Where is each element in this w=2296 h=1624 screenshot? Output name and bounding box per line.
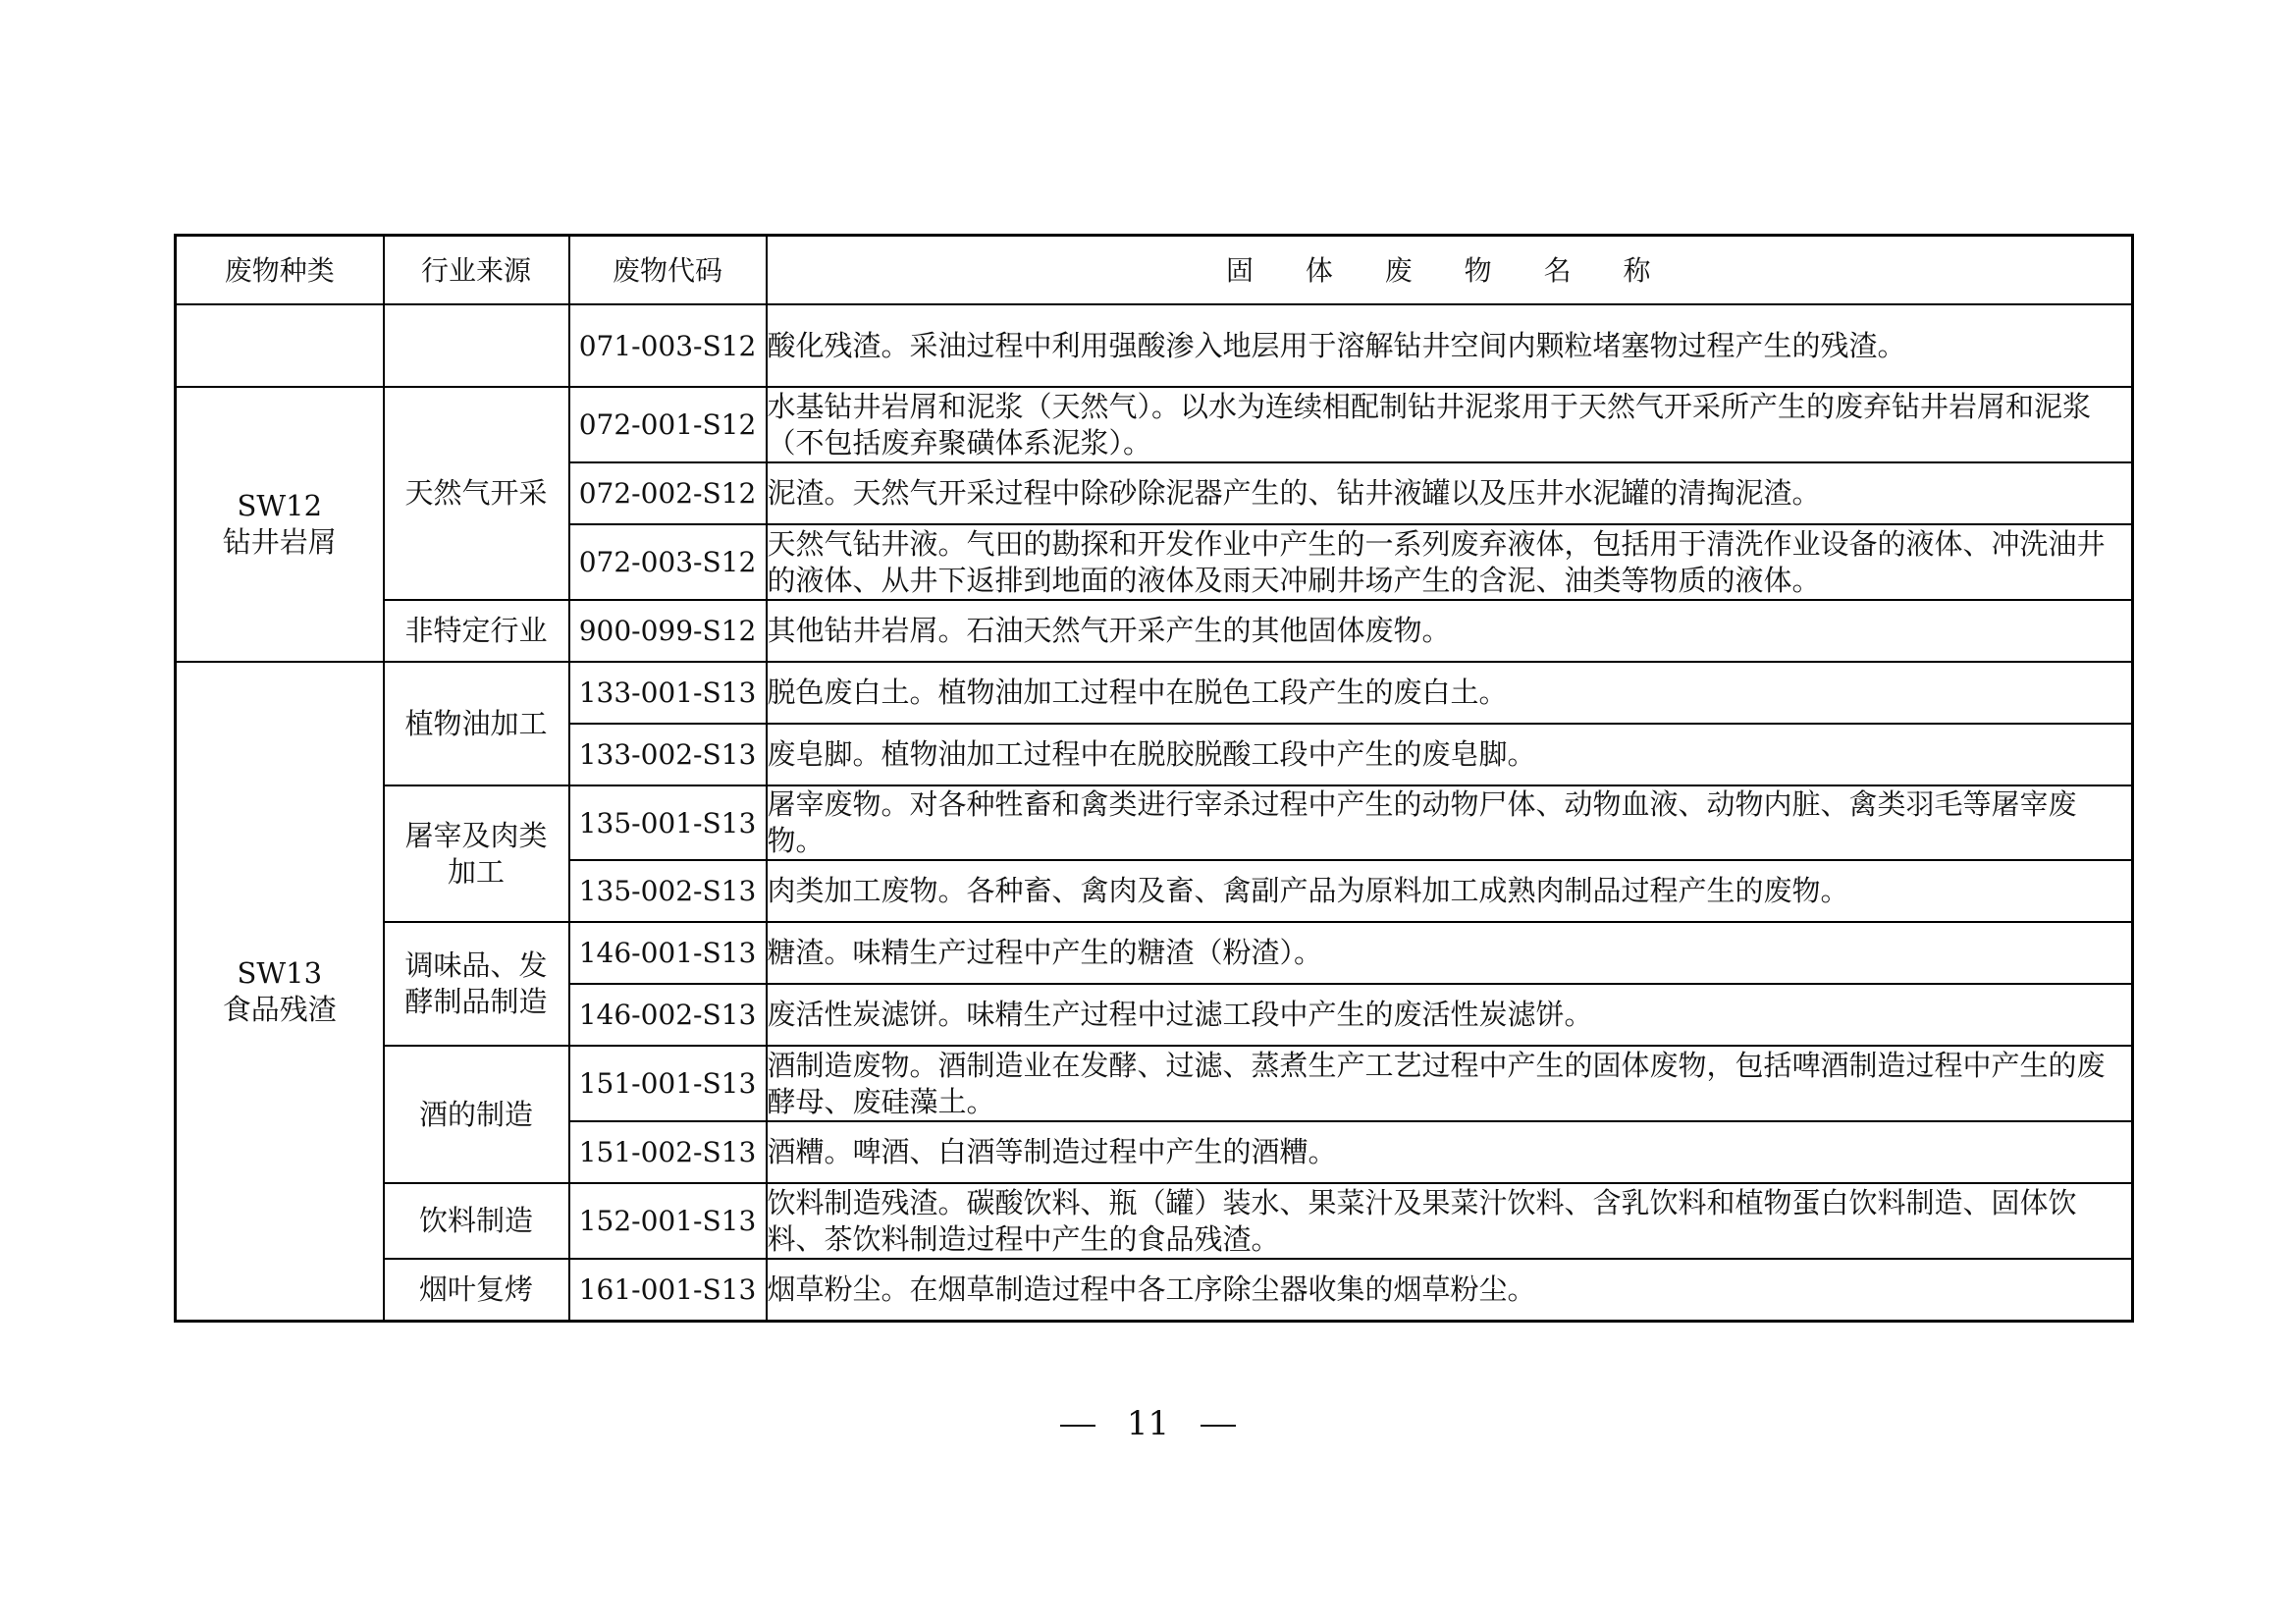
code-cell: 900-099-S12 <box>569 600 767 662</box>
dash-left <box>1060 1425 1095 1427</box>
industry-cell <box>384 304 569 387</box>
industry-cell: 调味品、发 酵制品制造 <box>384 922 569 1046</box>
code-cell: 146-001-S13 <box>569 922 767 984</box>
code-cell: 135-001-S13 <box>569 785 767 860</box>
category-name: 钻井岩屑 <box>177 524 383 561</box>
code-cell: 146-002-S13 <box>569 984 767 1046</box>
code-cell: 071-003-S12 <box>569 304 767 387</box>
description-cell: 烟草粉尘。在烟草制造过程中各工序除尘器收集的烟草粉尘。 <box>767 1259 2133 1322</box>
header-waste-category: 废物种类 <box>176 236 384 305</box>
description-cell: 脱色废白土。植物油加工过程中在脱色工段产生的废白土。 <box>767 662 2133 724</box>
code-cell: 072-001-S12 <box>569 387 767 462</box>
code-cell: 151-002-S13 <box>569 1121 767 1183</box>
category-cell-sw13: SW13 食品残渣 <box>176 662 384 1322</box>
header-waste-code: 废物代码 <box>569 236 767 305</box>
table-row: SW13 食品残渣 植物油加工 133-001-S13 脱色废白土。植物油加工过… <box>176 662 2133 724</box>
table-row: 调味品、发 酵制品制造 146-001-S13 糖渣。味精生产过程中产生的糖渣（… <box>176 922 2133 984</box>
table-header-row: 废物种类 行业来源 废物代码 固 体 废 物 名 称 <box>176 236 2133 305</box>
dash-right <box>1201 1425 1236 1427</box>
industry-line: 屠宰及肉类 <box>385 818 568 854</box>
description-cell: 酸化残渣。采油过程中利用强酸渗入地层用于溶解钻井空间内颗粒堵塞物过程产生的残渣。 <box>767 304 2133 387</box>
table-row: 071-003-S12 酸化残渣。采油过程中利用强酸渗入地层用于溶解钻井空间内颗… <box>176 304 2133 387</box>
industry-cell: 饮料制造 <box>384 1183 569 1259</box>
description-cell: 屠宰废物。对各种牲畜和禽类进行宰杀过程中产生的动物尸体、动物血液、动物内脏、禽类… <box>767 785 2133 860</box>
table-row: 烟叶复烤 161-001-S13 烟草粉尘。在烟草制造过程中各工序除尘器收集的烟… <box>176 1259 2133 1322</box>
code-cell: 133-002-S13 <box>569 724 767 785</box>
industry-cell: 烟叶复烤 <box>384 1259 569 1322</box>
category-cell-sw12: SW12 钻井岩屑 <box>176 387 384 662</box>
table-row: 酒的制造 151-001-S13 酒制造废物。酒制造业在发酵、过滤、蒸煮生产工艺… <box>176 1046 2133 1121</box>
table-row: SW12 钻井岩屑 天然气开采 072-001-S12 水基钻井岩屑和泥浆（天然… <box>176 387 2133 462</box>
description-cell: 水基钻井岩屑和泥浆（天然气）。以水为连续相配制钻井泥浆用于天然气开采所产生的废弃… <box>767 387 2133 462</box>
industry-cell: 酒的制造 <box>384 1046 569 1183</box>
industry-line: 加工 <box>385 854 568 891</box>
page-number: 11 <box>0 1404 2296 1443</box>
table-row: 饮料制造 152-001-S13 饮料制造残渣。碳酸饮料、瓶（罐）装水、果菜汁及… <box>176 1183 2133 1259</box>
header-industry-source: 行业来源 <box>384 236 569 305</box>
page-number-text: 11 <box>1127 1404 1169 1443</box>
industry-line: 调味品、发 <box>385 947 568 984</box>
code-cell: 152-001-S13 <box>569 1183 767 1259</box>
solid-waste-table: 废物种类 行业来源 废物代码 固 体 废 物 名 称 071-003-S12 酸… <box>174 234 2134 1323</box>
description-cell: 废活性炭滤饼。味精生产过程中过滤工段中产生的废活性炭滤饼。 <box>767 984 2133 1046</box>
code-cell: 133-001-S13 <box>569 662 767 724</box>
description-cell: 肉类加工废物。各种畜、禽肉及畜、禽副产品为原料加工成熟肉制品过程产生的废物。 <box>767 860 2133 922</box>
header-waste-name: 固 体 废 物 名 称 <box>767 236 2133 305</box>
code-cell: 072-002-S12 <box>569 462 767 524</box>
table-row: 非特定行业 900-099-S12 其他钻井岩屑。石油天然气开采产生的其他固体废… <box>176 600 2133 662</box>
description-cell: 废皂脚。植物油加工过程中在脱胶脱酸工段中产生的废皂脚。 <box>767 724 2133 785</box>
code-cell: 072-003-S12 <box>569 524 767 600</box>
description-cell: 饮料制造残渣。碳酸饮料、瓶（罐）装水、果菜汁及果菜汁饮料、含乳饮料和植物蛋白饮料… <box>767 1183 2133 1259</box>
description-cell: 糖渣。味精生产过程中产生的糖渣（粉渣）。 <box>767 922 2133 984</box>
description-cell: 酒制造废物。酒制造业在发酵、过滤、蒸煮生产工艺过程中产生的固体废物，包括啤酒制造… <box>767 1046 2133 1121</box>
code-cell: 161-001-S13 <box>569 1259 767 1322</box>
description-cell: 其他钻井岩屑。石油天然气开采产生的其他固体废物。 <box>767 600 2133 662</box>
industry-cell: 天然气开采 <box>384 387 569 600</box>
category-code: SW13 <box>177 955 383 992</box>
industry-cell: 屠宰及肉类 加工 <box>384 785 569 922</box>
category-cell <box>176 304 384 387</box>
document-page: 废物种类 行业来源 废物代码 固 体 废 物 名 称 071-003-S12 酸… <box>0 0 2296 1624</box>
industry-cell: 非特定行业 <box>384 600 569 662</box>
industry-line: 酵制品制造 <box>385 984 568 1020</box>
description-cell: 酒糟。啤酒、白酒等制造过程中产生的酒糟。 <box>767 1121 2133 1183</box>
code-cell: 151-001-S13 <box>569 1046 767 1121</box>
category-code: SW12 <box>177 488 383 524</box>
category-name: 食品残渣 <box>177 992 383 1028</box>
description-cell: 泥渣。天然气开采过程中除砂除泥器产生的、钻井液罐以及压井水泥罐的清掏泥渣。 <box>767 462 2133 524</box>
industry-cell: 植物油加工 <box>384 662 569 785</box>
table-row: 屠宰及肉类 加工 135-001-S13 屠宰废物。对各种牲畜和禽类进行宰杀过程… <box>176 785 2133 860</box>
code-cell: 135-002-S13 <box>569 860 767 922</box>
description-cell: 天然气钻井液。气田的勘探和开发作业中产生的一系列废弃液体，包括用于清洗作业设备的… <box>767 524 2133 600</box>
